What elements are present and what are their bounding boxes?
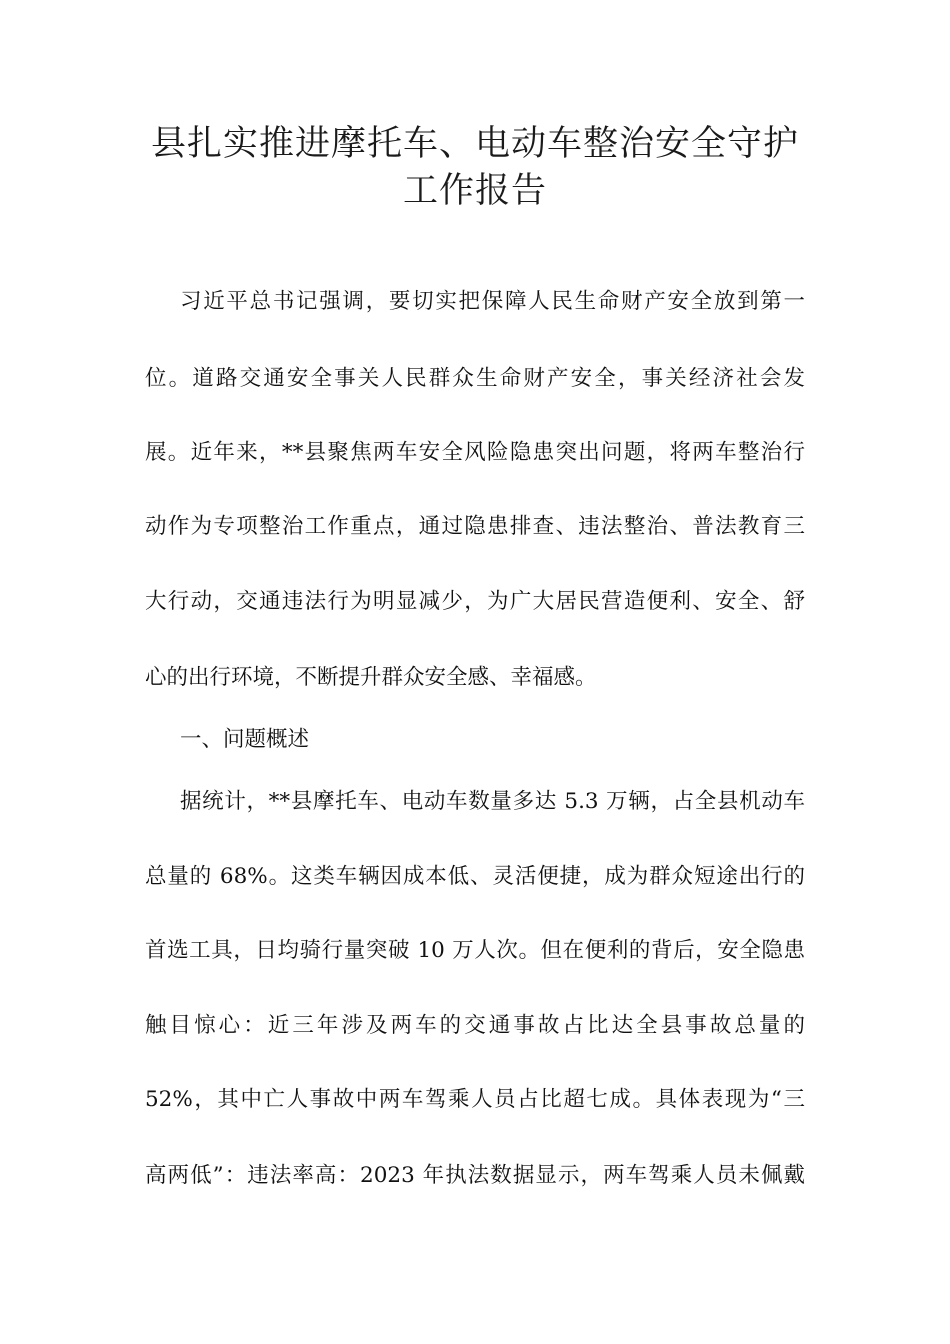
- paragraph-2-line-4: 触目惊心：近三年涉及两车的交通事故占比达全县事故总量的: [145, 1011, 805, 1041]
- paragraph-1-line-1: 习近平总书记强调，要切实把保障人民生命财产安全放到第一: [180, 287, 805, 317]
- paragraph-1-line-2: 位。道路交通安全事关人民群众生命财产安全，事关经济社会发: [145, 364, 805, 394]
- paragraph-2-line-5: 52%，其中亡人事故中两车驾乘人员占比超七成。具体表现为“三: [145, 1085, 805, 1115]
- paragraph-1-line-3: 展。近年来，**县聚焦两车安全风险隐患突出问题，将两车整治行: [145, 438, 805, 468]
- document-title: 县扎实推进摩托车、电动车整治安全守护 工作报告: [145, 121, 805, 215]
- title-line-2: 工作报告: [145, 168, 805, 215]
- paragraph-2-line-3: 首选工具，日均骑行量突破 10 万人次。但在便利的背后，安全隐患: [145, 936, 805, 966]
- paragraph-2-line-6: 高两低”：违法率高：2023 年执法数据显示，两车驾乘人员未佩戴: [145, 1161, 805, 1191]
- title-line-1: 县扎实推进摩托车、电动车整治安全守护: [145, 121, 805, 168]
- paragraph-2-line-2: 总量的 68%。这类车辆因成本低、灵活便捷，成为群众短途出行的: [145, 862, 805, 892]
- section-heading: 一、问题概述: [180, 725, 805, 755]
- document-page: 县扎实推进摩托车、电动车整治安全守护 工作报告 习近平总书记强调，要切实把保障人…: [0, 0, 950, 1344]
- paragraph-2-line-1: 据统计，**县摩托车、电动车数量多达 5.3 万辆，占全县机动车: [180, 787, 805, 817]
- paragraph-1-line-6: 心的出行环境，不断提升群众安全感、幸福感。: [145, 663, 805, 693]
- paragraph-1-line-5: 大行动，交通违法行为明显减少，为广大居民营造便利、安全、舒: [145, 587, 805, 617]
- paragraph-1-line-4: 动作为专项整治工作重点，通过隐患排查、违法整治、普法教育三: [145, 512, 805, 542]
